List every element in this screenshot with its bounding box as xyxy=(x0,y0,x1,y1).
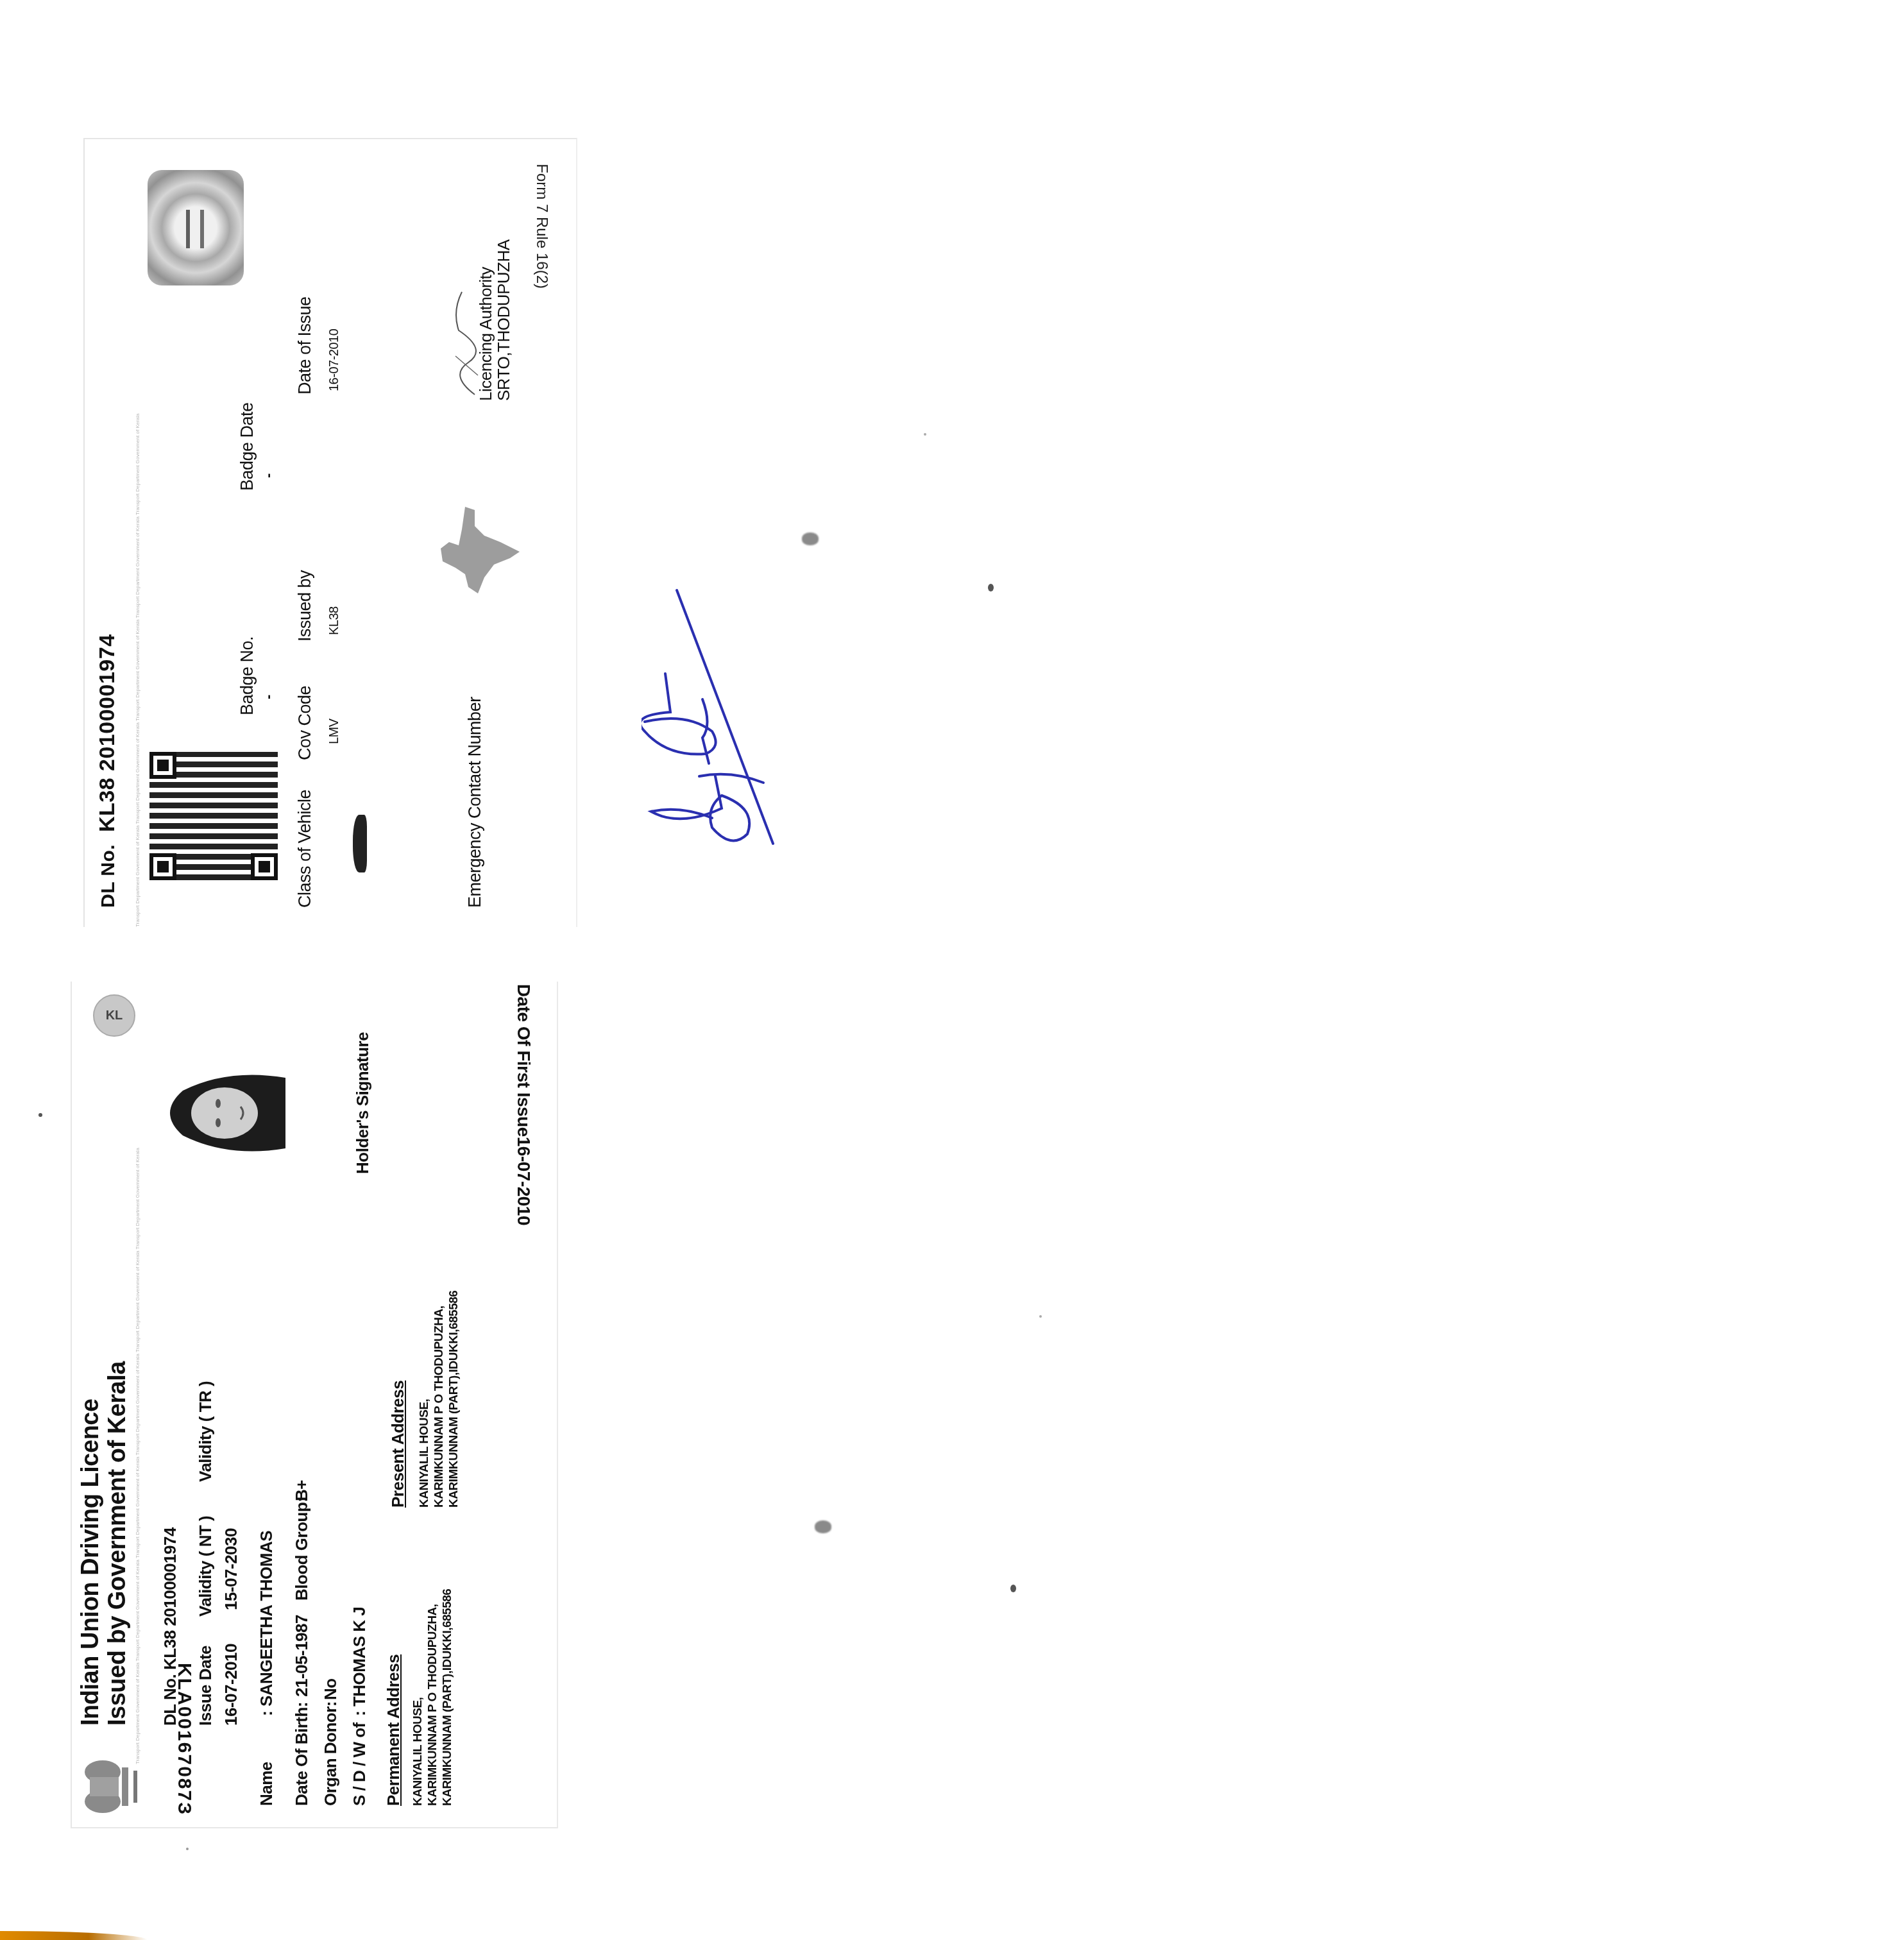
organ-donor-label: Organ Donor: xyxy=(321,1701,341,1806)
dob-value: 21-05-1987 xyxy=(292,1615,312,1697)
badge-no-label: Badge No. xyxy=(237,636,257,715)
name-label: Name xyxy=(257,1762,276,1806)
class-of-vehicle-label: Class of Vehicle xyxy=(295,790,315,908)
licencing-authority-label: Licencing Authority xyxy=(476,267,496,401)
date-of-issue-label: Date of Issue xyxy=(295,296,315,395)
present-address-line: KARIMKUNNAM P O THODUPUZHA, xyxy=(432,1291,446,1508)
holder-signature-label: Holder's Signature xyxy=(353,1032,373,1174)
permanent-address-label: Permanent Address xyxy=(384,1655,404,1806)
present-address-label: Present Address xyxy=(388,1381,408,1508)
holder-photo-icon xyxy=(157,1065,292,1161)
present-address: KANIYALIL HOUSE, KARIMKUNNAM P O THODUPU… xyxy=(417,1291,461,1508)
blood-group-label: Blood Group: xyxy=(292,1497,312,1601)
present-address-line: KARIMKUNNAM (PART),IDUKKI,685586 xyxy=(446,1291,461,1508)
permanent-address-line: KARIMKUNNAM (PART),IDUKKI,685586 xyxy=(440,1589,455,1806)
licence-back-card: DL No. KL38 20100001974 Transport Depart… xyxy=(83,138,577,927)
authority-signature-icon xyxy=(443,285,481,401)
scan-speck xyxy=(186,1848,189,1850)
organ-donor-value: No xyxy=(321,1678,341,1700)
issue-date-label: Issue Date xyxy=(196,1646,216,1726)
licencing-authority-office: SRTO,THODUPUZHA xyxy=(494,239,514,401)
scan-speck xyxy=(924,433,926,436)
name-value: : SANGEETHA THOMAS xyxy=(257,1531,276,1716)
handwritten-signature xyxy=(642,565,802,860)
card-border xyxy=(71,982,558,1828)
state-badge-icon: KL xyxy=(93,994,135,1037)
badge-date-label: Badge Date xyxy=(237,402,257,491)
issued-by-label: Issued by xyxy=(295,570,315,642)
scan-speck xyxy=(1010,1585,1016,1592)
issue-date-value: 16-07-2010 xyxy=(221,1644,241,1726)
permanent-address-line: KARIMKUNNAM P O THODUPUZHA, xyxy=(425,1589,440,1806)
cov-code-value: LMV xyxy=(327,719,342,744)
scan-speck xyxy=(1039,1315,1042,1318)
scan-edge-strip xyxy=(0,1931,148,1940)
car-icon xyxy=(353,815,367,872)
hologram-icon xyxy=(148,170,244,285)
security-microtext: Transport Department Government of Keral… xyxy=(135,982,140,1764)
card-serial-number: KLA00167087З xyxy=(173,1663,195,1816)
issued-by-value: KL38 xyxy=(327,606,342,635)
dl-number-value: KL38 20100001974 xyxy=(95,634,119,832)
scan-smudge xyxy=(802,532,819,545)
date-of-first-issue: Date Of First Issue16-07-2010 xyxy=(513,984,534,1225)
india-map-icon xyxy=(439,504,523,600)
blood-group-value: B+ xyxy=(292,1480,312,1501)
emergency-contact-label: Emergency Contact Number xyxy=(465,697,485,908)
badge-no-value: - xyxy=(260,695,276,699)
permanent-address-line: KANIYALIL HOUSE, xyxy=(411,1589,425,1806)
relation-label: S / D / W of xyxy=(350,1723,370,1806)
cov-code-label: Cov Code xyxy=(295,686,315,760)
scan-speck xyxy=(988,584,994,591)
national-emblem-icon xyxy=(77,1758,148,1816)
validity-nt-value: 15-07-2030 xyxy=(221,1528,241,1610)
card-title-line2: Issued by Government of Kerala xyxy=(104,1361,132,1726)
validity-nt-label: Validity ( NT ) xyxy=(196,1516,216,1617)
qr-code-icon xyxy=(148,750,280,882)
permanent-address: KANIYALIL HOUSE, KARIMKUNNAM P O THODUPU… xyxy=(411,1589,455,1806)
present-address-line: KANIYALIL HOUSE, xyxy=(417,1291,432,1508)
relation-value: : THOMAS K J xyxy=(350,1607,370,1716)
dob-label: Date Of Birth: xyxy=(292,1702,312,1806)
scan-speck xyxy=(38,1113,42,1117)
card-title-line1: Indian Union Driving Licence xyxy=(77,1399,105,1726)
form-rule-text: Form 7 Rule 16(2) xyxy=(532,164,550,289)
licence-front-card: Indian Union Driving Licence Issued by G… xyxy=(71,982,558,1828)
back-dl-number: DL No. KL38 20100001974 xyxy=(95,634,120,908)
validity-tr-label: Validity ( TR ) xyxy=(196,1381,216,1482)
security-microtext: Transport Department Government of Keral… xyxy=(135,138,140,927)
dl-label: DL No. xyxy=(98,844,119,908)
badge-date-value: - xyxy=(260,473,276,478)
date-of-issue-value: 16-07-2010 xyxy=(327,329,342,391)
scan-smudge xyxy=(815,1520,831,1533)
